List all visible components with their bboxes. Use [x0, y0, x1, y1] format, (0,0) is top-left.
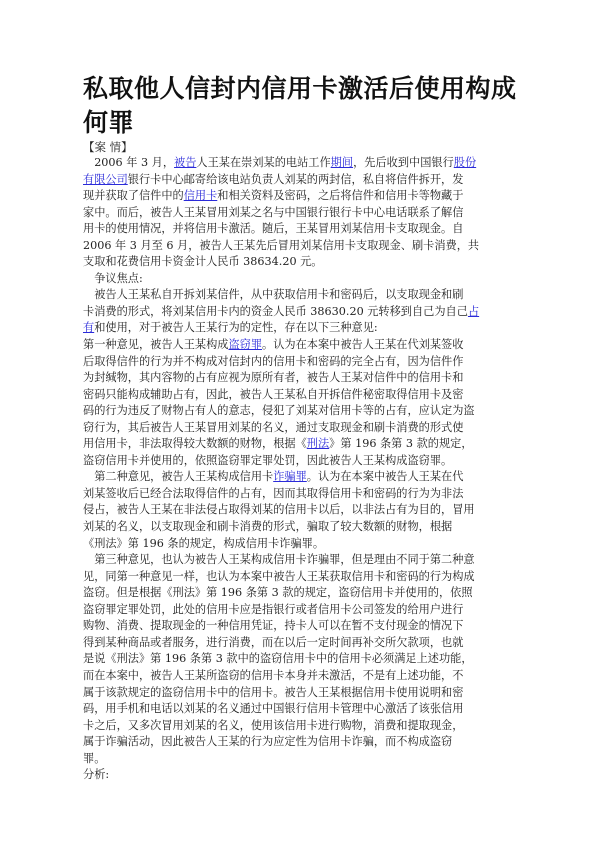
keyword-link[interactable]: 股份 [454, 156, 476, 169]
text-line: 被告人王某私自开拆刘某信件，从中获取信用卡和密码后，以支取现金和刷 [83, 287, 503, 304]
text-line: 卡消费的形式，将刘某信用卡内的资金人民币 38630.20 元转移到自己为自己占 [83, 304, 503, 321]
title-line-1: 私取他人信封内信用卡激活后使用构成 [83, 72, 503, 106]
document-page: 私取他人信封内信用卡激活后使用构成 何罪 【案 情】 2006 年 3 月，被告… [83, 72, 503, 784]
text-run: 支取和花费信用卡资金计人民币 38634.20 元。 [83, 255, 323, 268]
text-run: 现并获取了信件中的 [83, 189, 184, 202]
title-line-2: 何罪 [83, 106, 503, 140]
text-line: 侵占，被告人王某在非法侵占取得刘某的信用卡以后，以非法占有为目的，冒用 [83, 502, 503, 519]
opinion-2-paragraph: 第二种意见，被告人王某构成信用卡诈骗罪。认为在本案中被告人王某在代刘某签收后已经… [83, 469, 503, 552]
keyword-link[interactable]: 被告 [174, 156, 196, 169]
text-line: 属于诈骗活动，因此被告人王某的行为应定性为信用卡诈骗，而不构成盗窃 [83, 734, 503, 751]
text-run: 刘某的名义，以支取现金和刷卡消费的形式，骗取了较大数额的财物，根据 [83, 520, 452, 533]
text-line: 属于该款规定的盗窃信用卡中的信用卡。被告人王某根据信用卡使用说明和密 [83, 685, 503, 702]
text-line: 为封缄物，其内容物的占有应视为原所有者，被告人王某对信件中的信用卡和 [83, 370, 503, 387]
text-line: 第一种意见，被告人王某构成盗窃罪。认为在本案中被告人王某在代刘某签收 [83, 337, 503, 354]
text-line: 有限公司银行卡中心邮寄给该电站负责人刘某的两封信，私自将信件拆开，发 [83, 172, 503, 189]
text-line: 是说《刑法》第 196 条第 3 款中的盗窃信用卡中的信用卡必须满足上述功能， [83, 651, 503, 668]
text-line: 而在本案中，被告人王某所盗窃的信用卡本身并未激活，不是有上述功能，不 [83, 668, 503, 685]
text-line: 得到某种商品或者服务，进行消费，而在以后一定时间再补交所欠款项，也就 [83, 635, 503, 652]
keyword-link[interactable]: 诈骗罪 [273, 470, 307, 483]
dispute-paragraph: 被告人王某私自开拆刘某信件，从中获取信用卡和密码后，以支取现金和刷卡消费的形式，… [83, 287, 503, 337]
text-run: 窃行为，其后被告人王某冒用刘某的名义，通过支取现金和刷卡消费的形式使 [83, 421, 463, 434]
text-line: 码的行为违反了财物占有人的意志，侵犯了刘某对信用卡等的占有，应认定为盗 [83, 403, 503, 420]
keyword-link[interactable]: 有限公司 [83, 173, 128, 186]
text-run: 2006 年 3 月至 6 月，被告人王某先后冒用刘某信用卡支取现金、刷卡消费，… [83, 239, 479, 252]
text-run: 》第 196 条第 3 款的规定， [329, 437, 472, 450]
text-line: 支取和花费信用卡资金计人民币 38634.20 元。 [83, 254, 503, 271]
keyword-link[interactable]: 信用卡 [184, 189, 218, 202]
text-line: 用卡的使用情况，并将信用卡激活。随后，王某冒用刘某信用卡支取现金。自 [83, 221, 503, 238]
text-run: 得到某种商品或者服务，进行消费，而在以后一定时间再补交所欠款项，也就 [83, 636, 463, 649]
text-line: 刘某的名义，以支取现金和刷卡消费的形式，骗取了较大数额的财物，根据 [83, 519, 503, 536]
text-run: ，先后收到中国银行 [353, 156, 454, 169]
text-run: 码的行为违反了财物占有人的意志，侵犯了刘某对信用卡等的占有，应认定为盗 [83, 404, 475, 417]
text-run: 码，用手机和电话以刘某的名义通过中国银行信用卡管理中心激活了该张信用 [83, 702, 463, 715]
text-run: 第一种意见，被告人王某构成 [83, 338, 228, 351]
text-line: 罪。 [83, 751, 503, 768]
text-run: 见，同第一种意见一样，也认为本案中被告人王某获取信用卡和密码的行为构成 [83, 570, 475, 583]
text-run: 家中。而后，被告人王某冒用刘某之名与中国银行银行卡中心电话联系了解信 [83, 206, 463, 219]
text-run: 和使用，对于被告人王某行为的定性，存在以下三种意见: [94, 321, 377, 334]
text-run: 购物、消费、提取现金的一种信用凭证，持卡人可以在暂不支付现金的情况下 [83, 619, 463, 632]
text-line: 卡之后，又多次冒用刘某的名义，使用该信用卡进行购物，消费和提取现金， [83, 718, 503, 735]
keyword-link[interactable]: 占 [468, 305, 479, 318]
text-run: 后取得信件的行为并不构成对信封内的信用卡和密码的完全占有，因为信件作 [83, 355, 463, 368]
section-label-case: 【案 情】 [83, 140, 503, 155]
text-line: 刘某签收后已经合法取得信件的占有，因而其取得信用卡和密码的行为为非法 [83, 486, 503, 503]
text-line: 第三种意见，也认为被告人王某构成信用卡诈骗罪，但是理由不同于第二种意 [83, 552, 503, 569]
text-run: 盗窃信用卡并使用的，依照盗窃罪定罪处罚，因此被告人王某构成盗窃罪。 [83, 454, 452, 467]
document-title: 私取他人信封内信用卡激活后使用构成 何罪 [83, 72, 503, 140]
text-line: 见，同第一种意见一样，也认为本案中被告人王某获取信用卡和密码的行为构成 [83, 569, 503, 586]
keyword-link[interactable]: 刑法 [307, 437, 329, 450]
text-run: 而在本案中，被告人王某所盗窃的信用卡本身并未激活，不是有上述功能，不 [83, 669, 463, 682]
opinion-3-paragraph: 第三种意见，也认为被告人王某构成信用卡诈骗罪，但是理由不同于第二种意见，同第一种… [83, 552, 503, 767]
text-line: 有和使用，对于被告人王某行为的定性，存在以下三种意见: [83, 320, 503, 337]
text-line: 2006 年 3 月，被告人王某在崇刘某的电站工作期间，先后收到中国银行股份 [83, 155, 503, 172]
text-line: 密码只能构成辅助占有，因此，被告人王某私自开拆信件秘密取得信用卡及密 [83, 387, 503, 404]
text-run: 用卡的使用情况，并将信用卡激活。随后，王某冒用刘某信用卡支取现金。自 [83, 222, 463, 235]
keyword-link[interactable]: 期间 [331, 156, 353, 169]
text-line: 家中。而后，被告人王某冒用刘某之名与中国银行银行卡中心电话联系了解信 [83, 205, 503, 222]
text-line: 2006 年 3 月至 6 月，被告人王某先后冒用刘某信用卡支取现金、刷卡消费，… [83, 238, 503, 255]
text-run: 用信用卡，非法取得较大数额的财物，根据《 [83, 437, 307, 450]
analysis-heading-text: 分析: [83, 767, 503, 784]
text-line: 盗窃。但是根据《刑法》第 196 条第 3 款的规定，盗窃信用卡并使用的，依照 [83, 585, 503, 602]
text-run: 盗窃。但是根据《刑法》第 196 条第 3 款的规定，盗窃信用卡并使用的，依照 [83, 586, 473, 599]
text-run: 第三种意见，也认为被告人王某构成信用卡诈骗罪，但是理由不同于第二种意 [83, 553, 475, 566]
dispute-heading-text: 争议焦点: [83, 271, 503, 288]
text-run: 和相关资料及密码，之后将信件和信用卡等物藏于 [217, 189, 463, 202]
text-run: 属于诈骗活动，因此被告人王某的行为应定性为信用卡诈骗，而不构成盗窃 [83, 735, 452, 748]
text-line: 第二种意见，被告人王某构成信用卡诈骗罪。认为在本案中被告人王某在代 [83, 469, 503, 486]
analysis-heading: 分析: [83, 767, 503, 784]
text-run: 是说《刑法》第 196 条第 3 款中的盗窃信用卡中的信用卡必须满足上述功能， [83, 652, 473, 665]
text-line: 购物、消费、提取现金的一种信用凭证，持卡人可以在暂不支付现金的情况下 [83, 618, 503, 635]
text-line: 《刑法》第 196 条的规定，构成信用卡诈骗罪。 [83, 536, 503, 553]
text-line: 后取得信件的行为并不构成对信封内的信用卡和密码的完全占有，因为信件作 [83, 354, 503, 371]
text-run: 第二种意见，被告人王某构成信用卡 [83, 470, 273, 483]
case-paragraph: 2006 年 3 月，被告人王某在崇刘某的电站工作期间，先后收到中国银行股份有限… [83, 155, 503, 271]
text-line: 码，用手机和电话以刘某的名义通过中国银行信用卡管理中心激活了该张信用 [83, 701, 503, 718]
text-run: 卡之后，又多次冒用刘某的名义，使用该信用卡进行购物，消费和提取现金， [83, 719, 463, 732]
text-run: 人王某在崇刘某的电站工作 [196, 156, 330, 169]
text-run: 为封缄物，其内容物的占有应视为原所有者，被告人王某对信件中的信用卡和 [83, 371, 463, 384]
text-line: 盗窃罪定罪处罚，此处的信用卡应是指银行或者信用卡公司签发的给用户进行 [83, 602, 503, 619]
text-run: 卡消费的形式，将刘某信用卡内的资金人民币 38630.20 元转移到自己为自己 [83, 305, 468, 318]
text-run: 。认为在本案中被告人王某在代 [307, 470, 464, 483]
keyword-link[interactable]: 盗窃罪 [228, 338, 262, 351]
text-run: 2006 年 3 月， [83, 156, 174, 169]
text-run: 。认为在本案中被告人王某在代刘某签收 [262, 338, 463, 351]
dispute-heading: 争议焦点: [83, 271, 503, 288]
text-run: 被告人王某私自开拆刘某信件，从中获取信用卡和密码后，以支取现金和刷 [83, 288, 463, 301]
text-run: 银行卡中心邮寄给该电站负责人刘某的两封信，私自将信件拆开，发 [128, 173, 464, 186]
text-line: 窃行为，其后被告人王某冒用刘某的名义，通过支取现金和刷卡消费的形式使 [83, 420, 503, 437]
text-line: 现并获取了信件中的信用卡和相关资料及密码，之后将信件和信用卡等物藏于 [83, 188, 503, 205]
opinion-1-paragraph: 第一种意见，被告人王某构成盗窃罪。认为在本案中被告人王某在代刘某签收后取得信件的… [83, 337, 503, 469]
text-run: 罪。 [83, 752, 105, 765]
text-run: 属于该款规定的盗窃信用卡中的信用卡。被告人王某根据信用卡使用说明和密 [83, 686, 463, 699]
keyword-link[interactable]: 有 [83, 321, 94, 334]
text-run: 侵占，被告人王某在非法侵占取得刘某的信用卡以后，以非法占有为目的，冒用 [83, 503, 475, 516]
text-run: 刘某签收后已经合法取得信件的占有，因而其取得信用卡和密码的行为为非法 [83, 487, 463, 500]
text-run: 《刑法》第 196 条的规定，构成信用卡诈骗罪。 [83, 537, 324, 550]
text-run: 密码只能构成辅助占有，因此，被告人王某私自开拆信件秘密取得信用卡及密 [83, 388, 463, 401]
text-line: 用信用卡，非法取得较大数额的财物，根据《刑法》第 196 条第 3 款的规定， [83, 436, 503, 453]
text-run: 盗窃罪定罪处罚，此处的信用卡应是指银行或者信用卡公司签发的给用户进行 [83, 603, 463, 616]
text-line: 盗窃信用卡并使用的，依照盗窃罪定罪处罚，因此被告人王某构成盗窃罪。 [83, 453, 503, 470]
